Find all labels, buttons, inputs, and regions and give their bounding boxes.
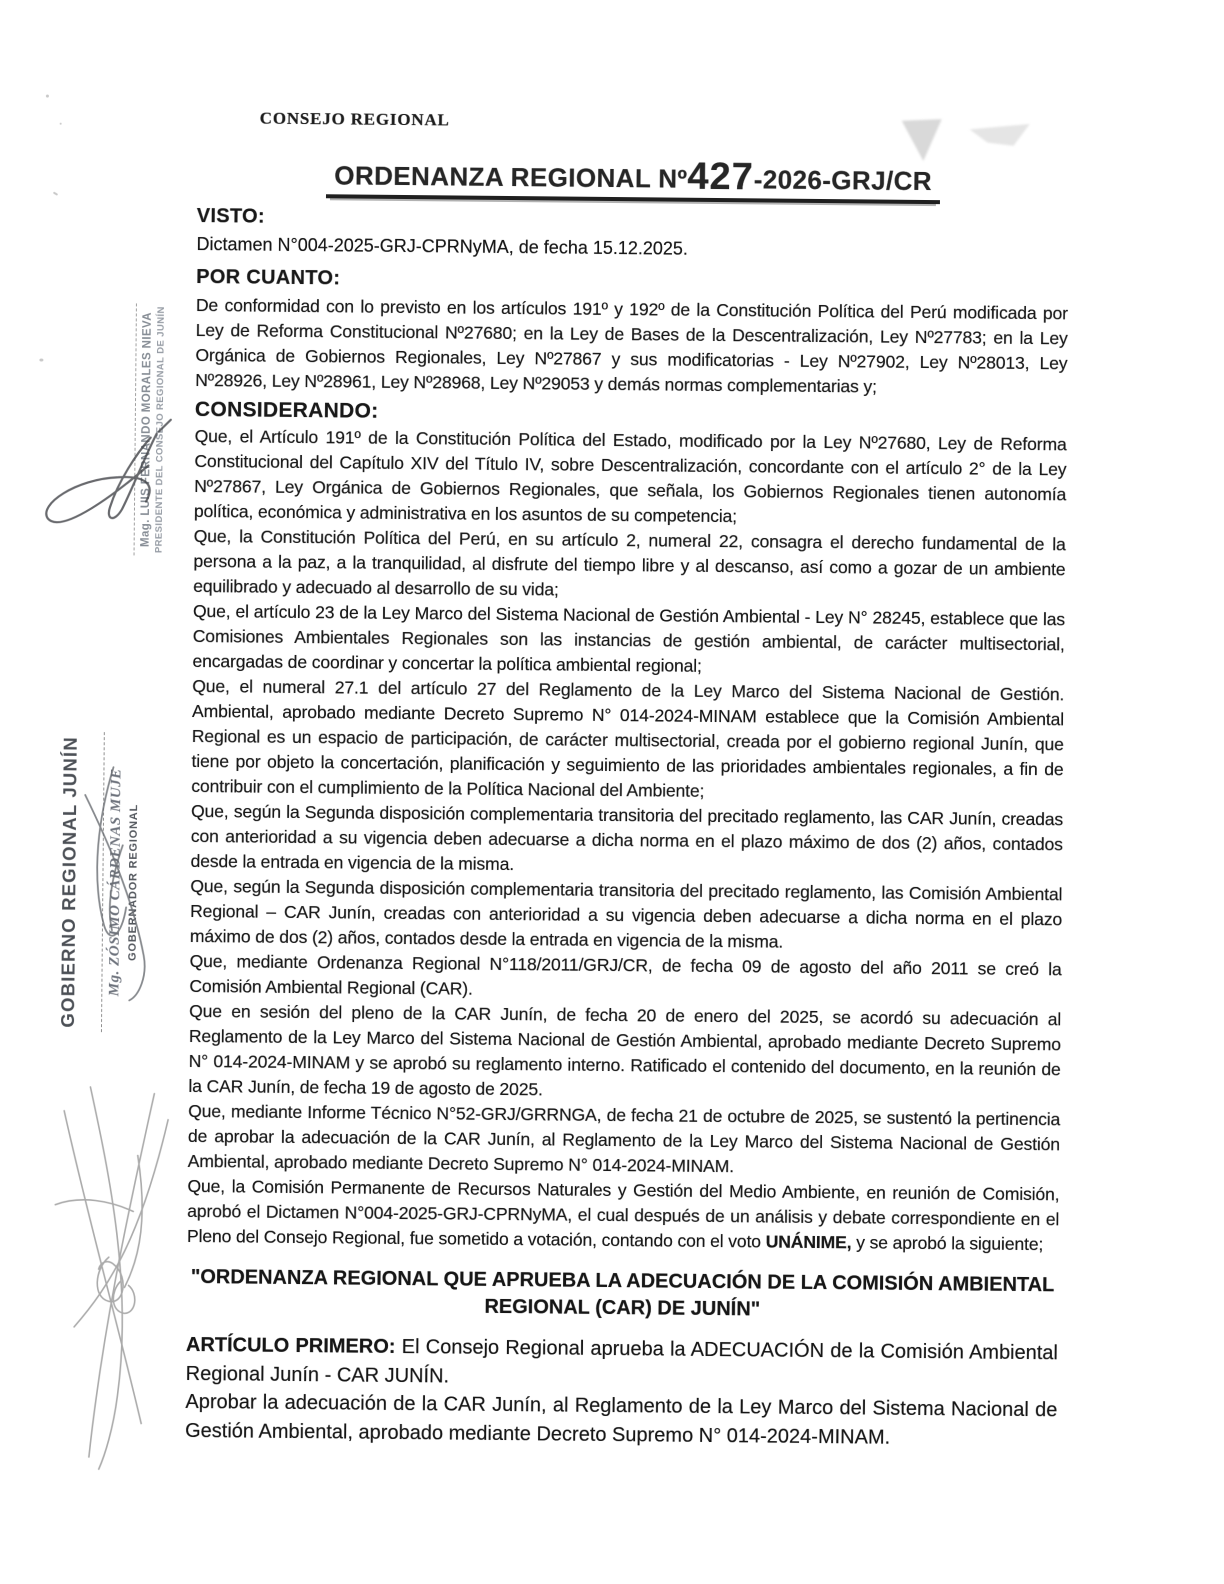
considerando-paragraph: Que, la Constitución Política del Perú, …	[193, 524, 1066, 607]
considerando-paragraph: Que, según la Segunda disposición comple…	[190, 874, 1063, 957]
president-title: PRESIDENTE DEL CONSEJO REGIONAL DE JUNÍN	[154, 304, 167, 556]
pencil-signature	[53, 1087, 169, 1470]
por-cuanto-paragraph: De conformidad con lo previsto en los ar…	[195, 293, 1068, 401]
ordinance-title-suffix: -2026-GRJ/CR	[754, 164, 932, 196]
president-stamp: Mag. LUIS FERNANDO MORALES NIEVA PRESIDE…	[134, 303, 167, 555]
scan-speck	[46, 95, 49, 98]
unanime-vote-label: UNÁNIME,	[766, 1232, 852, 1253]
por-cuanto-heading: POR CUANTO:	[196, 266, 1068, 297]
resolution-title: "ORDENANZA REGIONAL QUE APRUEBA LA ADECU…	[186, 1264, 1058, 1326]
document-body: ORDENANZA REGIONAL Nº427-2026-GRJ/CR VIS…	[185, 146, 1069, 1453]
articulo-primero-heading: ARTÍCULO PRIMERO:	[186, 1334, 396, 1358]
considerando-paragraph: Que, mediante Ordenanza Regional N°118/2…	[189, 949, 1061, 1007]
final-paragraph-post: y se aprobó la siguiente;	[851, 1232, 1043, 1254]
governor-name: Mg. ZÓSIMO CÁRDENAS MUJE	[106, 711, 126, 1053]
visto-heading: VISTO:	[197, 205, 1069, 236]
governor-stamp: GOBIERNO REGIONAL JUNÍN Mg. ZÓSIMO CÁRDE…	[57, 711, 141, 1054]
articulo-primero-paragraph: ARTÍCULO PRIMERO: El Consejo Regional ap…	[186, 1331, 1059, 1396]
governor-org-label: GOBIERNO REGIONAL JUNÍN	[57, 711, 82, 1053]
considerando-paragraph: Que, el Artículo 191º de la Constitución…	[194, 424, 1067, 532]
document-sheet: CONSEJO REGIONAL ORDENANZA REGIONAL Nº42…	[0, 0, 1224, 1584]
consejo-regional-label: CONSEJO REGIONAL	[260, 109, 450, 131]
aprobar-paragraph: Aprobar la adecuación de la CAR Junín, a…	[185, 1388, 1058, 1453]
considerando-paragraph: Que, mediante Informe Técnico N°52-GRJ/G…	[188, 1099, 1061, 1182]
considerando-paragraph: Que, el artículo 23 de la Ley Marco del …	[192, 599, 1065, 682]
president-signature-line	[134, 303, 137, 555]
ordinance-title: ORDENANZA REGIONAL Nº427-2026-GRJ/CR	[197, 146, 1069, 205]
ordinance-title-prefix: ORDENANZA REGIONAL Nº	[334, 160, 687, 193]
scan-speck	[39, 359, 43, 362]
visto-body: Dictamen N°004-2025-GRJ-CPRNyMA, de fech…	[196, 232, 1068, 265]
governor-title: GOBERNADOR REGIONAL	[126, 711, 141, 1053]
governor-signature-line	[101, 732, 105, 1032]
scanned-document-page: { "header": { "org_label": "CONSEJO REGI…	[0, 0, 1224, 1584]
scan-speck	[53, 192, 58, 196]
president-name: Mag. LUIS FERNANDO MORALES NIEVA	[140, 303, 154, 555]
scan-speck	[60, 123, 62, 125]
ordinance-number: 427	[687, 156, 754, 199]
ordinance-title-line: ORDENANZA REGIONAL Nº427-2026-GRJ/CR	[326, 153, 940, 204]
considerando-paragraph: Que en sesión del pleno de la CAR Junín,…	[188, 999, 1061, 1107]
scan-smudge	[970, 123, 1030, 146]
considerando-paragraph: Que, el numeral 27.1 del artículo 27 del…	[191, 674, 1064, 807]
considerando-paragraph: Que, según la Segunda disposición comple…	[190, 799, 1063, 882]
considerando-final-paragraph: Que, la Comisión Permanente de Recursos …	[187, 1174, 1060, 1257]
